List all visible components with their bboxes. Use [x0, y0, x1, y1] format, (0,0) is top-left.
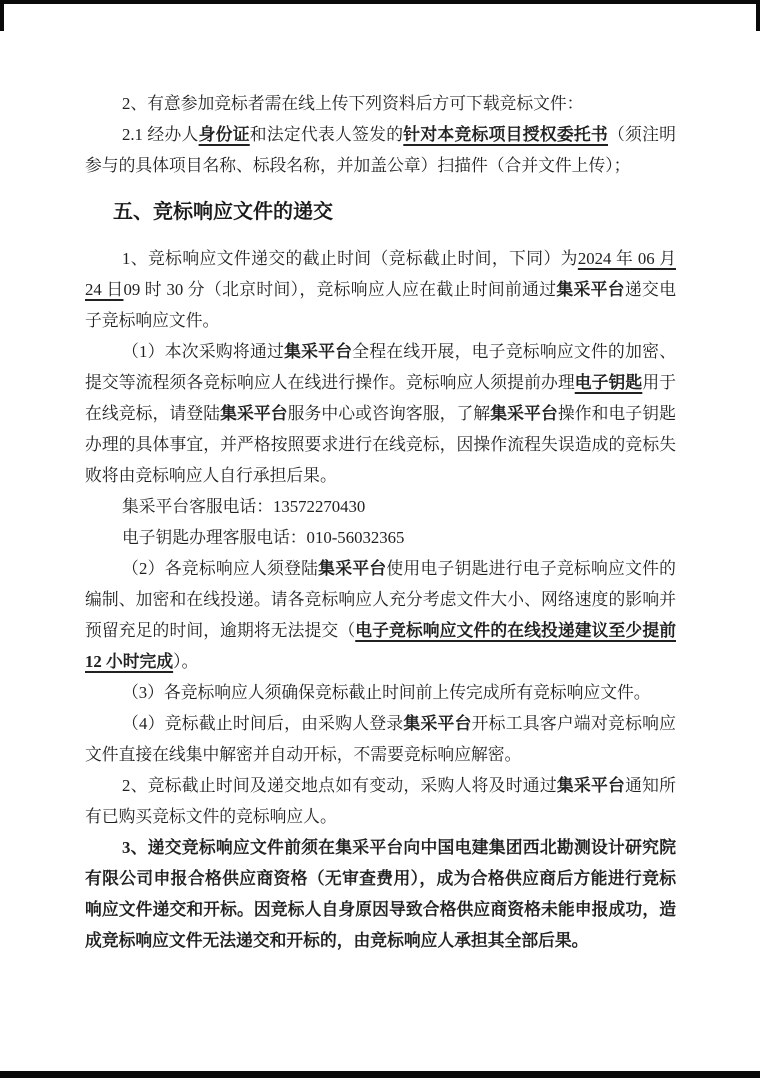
text-run: 集采平台 [403, 714, 471, 733]
text-run: 集采平台 [318, 559, 386, 578]
text-run: 集采平台 [557, 776, 625, 795]
paragraph: 1、竞标响应文件递交的截止时间（竞标截止时间，下同）为2024 年 06 月 2… [85, 243, 676, 336]
document-content: 2、有意参加竞标者需在线上传下列资料后方可下载竞标文件：2.1 经办人身份证和法… [85, 88, 676, 956]
text-run: 和法定代表人签发的 [250, 125, 404, 144]
text-run: 集采平台 [220, 404, 288, 423]
paragraph: （2）各竞标响应人须登陆集采平台使用电子钥匙进行电子竞标响应文件的编制、加密和在… [85, 553, 676, 677]
text-run: 1、竞标响应文件递交的截止时间（竞标截止时间，下同）为 [122, 249, 578, 268]
text-run: 2、有意参加竞标者需在线上传下列资料后方可下载竞标文件： [122, 94, 584, 113]
text-run: 09 时 30 分（北京时间），竞标响应人应在截止时间前通过 [123, 280, 556, 299]
text-run: （2）各竞标响应人须登陆 [122, 559, 318, 578]
paragraph: 2、有意参加竞标者需在线上传下列资料后方可下载竞标文件： [85, 88, 676, 119]
paragraph: 电子钥匙办理客服电话：010-56032365 [85, 522, 676, 553]
paragraph: 集采平台客服电话：13572270430 [85, 491, 676, 522]
text-run: 针对本竞标项目授权委托书 [403, 125, 608, 144]
intro-section: 2、有意参加竞标者需在线上传下列资料后方可下载竞标文件：2.1 经办人身份证和法… [85, 88, 676, 181]
text-run: 服务中心或咨询客服，了解 [288, 404, 491, 423]
text-run: 集采平台客服电话：13572270430 [122, 497, 365, 516]
paragraph: 2.1 经办人身份证和法定代表人签发的针对本竞标项目授权委托书（须注明参与的具体… [85, 119, 676, 181]
paragraph: （4）竞标截止时间后，由采购人登录集采平台开标工具客户端对竞标响应文件直接在线集… [85, 708, 676, 770]
text-run: （1）本次采购将通过 [122, 342, 284, 361]
scan-edge-tick-right [756, 0, 760, 31]
paragraph: 3、递交竞标响应文件前须在集采平台向中国电建集团西北勘测设计研究院有限公司申报合… [85, 832, 676, 956]
text-run: （3）各竞标响应人须确保竞标截止时间前上传完成所有竞标响应文件。 [122, 683, 651, 702]
text-run: 电子钥匙 [575, 373, 643, 392]
paragraph: 2、竞标截止时间及递交地点如有变动，采购人将及时通过集采平台通知所有已购买竞标文… [85, 770, 676, 832]
text-run: ）。 [173, 652, 198, 671]
text-run: 2、竞标截止时间及递交地点如有变动，采购人将及时通过 [122, 776, 557, 795]
paragraph: （1）本次采购将通过集采平台全程在线开展，电子竞标响应文件的加密、提交等流程须各… [85, 336, 676, 491]
submission-section: 1、竞标响应文件递交的截止时间（竞标截止时间，下同）为2024 年 06 月 2… [85, 243, 676, 956]
text-run: 集采平台 [556, 280, 625, 299]
text-run: 2.1 经办人 [122, 125, 199, 144]
text-run: 集采平台 [284, 342, 352, 361]
text-run: 3、递交竞标响应文件前须在集采平台向中国电建集团西北勘测设计研究院有限公司申报合… [85, 838, 676, 950]
document-page: 2、有意参加竞标者需在线上传下列资料后方可下载竞标文件：2.1 经办人身份证和法… [0, 0, 760, 1080]
text-run: 集采平台 [490, 404, 558, 423]
scan-edge-bottom [0, 1071, 760, 1078]
scan-edge-top [0, 0, 760, 4]
text-run: （4）竞标截止时间后，由采购人登录 [122, 714, 403, 733]
paragraph: （3）各竞标响应人须确保竞标截止时间前上传完成所有竞标响应文件。 [85, 677, 676, 708]
text-run: 电子钥匙办理客服电话：010-56032365 [122, 528, 404, 547]
section-heading: 五、竞标响应文件的递交 [113, 197, 676, 227]
text-run: 身份证 [199, 125, 250, 144]
scan-edge-tick-left [0, 0, 4, 31]
